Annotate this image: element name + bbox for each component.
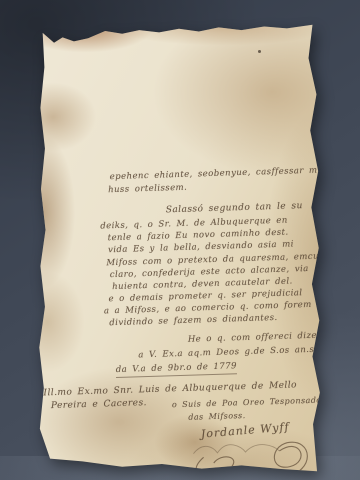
secretary-line: das Mifsoss. xyxy=(188,411,246,423)
address-line: Pereira e Caceres. xyxy=(51,398,147,411)
closing-line: a V. Ex.a aq.m Deos g.de S.os an.s Beija xyxy=(138,344,343,360)
manuscript-line: epehenc ehiante, seobenyue, casffessar m… xyxy=(110,166,321,183)
manuscript-line: huss ortelissem. xyxy=(108,183,187,195)
address-line: Ill.mo Ex.mo Snr. Luis de Albuquerque de… xyxy=(43,380,297,398)
date-line: da V.a de 9br.o de 1779 xyxy=(116,361,238,378)
closing-line: He o q. com offereci dizer xyxy=(188,331,322,345)
secretary-line: o Suis de Poa Oreo Tesponsado xyxy=(172,396,322,411)
manuscript-line: Salassó segundo tan le su xyxy=(166,201,303,215)
photo-of-manuscript: { "photo": { "backdrop_color": "#424a58"… xyxy=(0,0,360,480)
manuscript-paper: epehenc ehiante, seobenyue, casffessar m… xyxy=(37,22,321,474)
signature-flourish-icon xyxy=(183,420,325,480)
paper-wrapper: epehenc ehiante, seobenyue, casffessar m… xyxy=(0,0,360,480)
handwriting-layer: epehenc ehiante, seobenyue, casffessar m… xyxy=(30,18,328,479)
